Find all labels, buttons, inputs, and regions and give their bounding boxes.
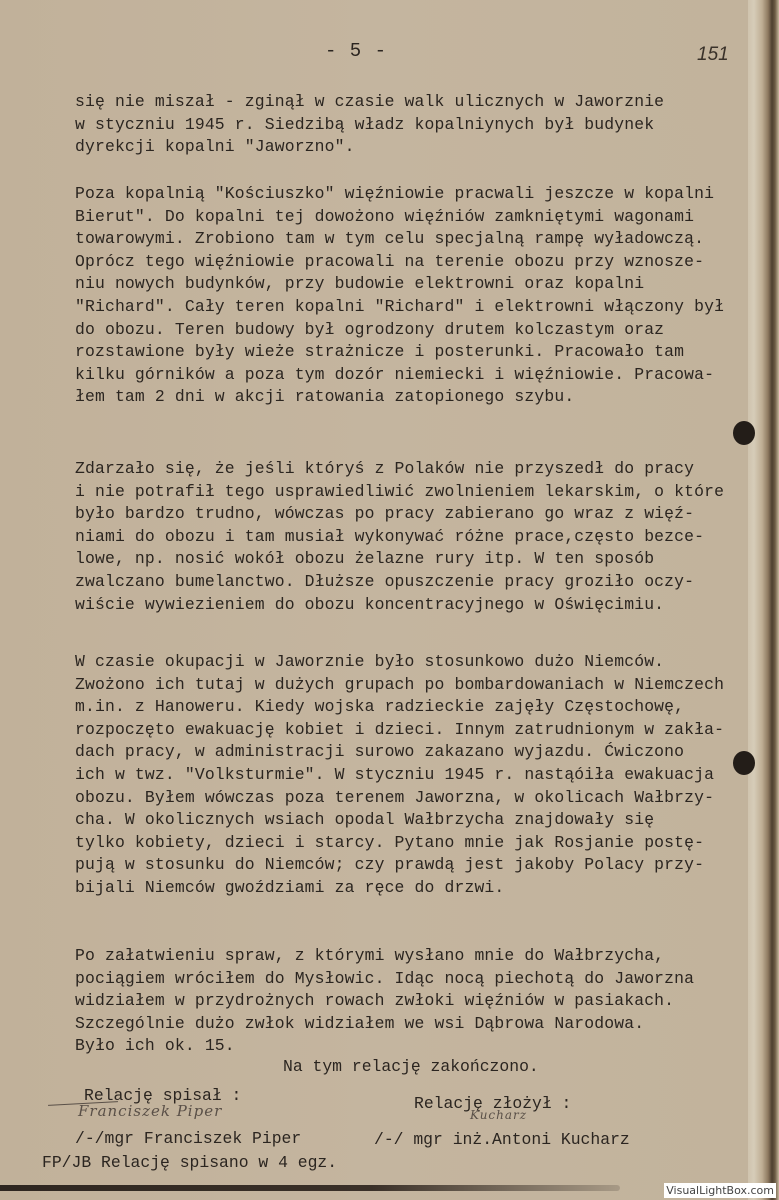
page-number: - 5 - [325,40,387,62]
text-line: widziałem w przydrożnych rowach zwłoki w… [75,990,694,1013]
text-line: Zdarzało się, że jeśli któryś z Polaków … [75,458,724,481]
text-line: Oprócz tego więźniowie pracowali na tere… [75,251,724,274]
text-line: m.in. z Hanoweru. Kiedy wojska radziecki… [75,696,724,719]
text-line: tylko kobiety, dzieci i starcy. Pytano m… [75,832,724,855]
paragraph-4: W czasie okupacji w Jaworznie było stosu… [75,651,724,900]
witness-signature: Kucharz [470,1108,527,1122]
text-line: bijali Niemców gwoździami za ręce do drz… [75,877,724,900]
text-line: Poza kopalnią "Kościuszko" więźniowie pr… [75,183,724,206]
text-line: rozpoczęto ewakuację kobiet i dzieci. In… [75,719,724,742]
text-line: towarowymi. Zrobiono tam w tym celu spec… [75,228,724,251]
text-line: cha. W okolicznych wsiach opodal Wałbrzy… [75,809,724,832]
text-line: pują w stosunku do Niemców; czy prawdą j… [75,854,724,877]
text-line: do obozu. Teren budowy był ogrodzony dru… [75,319,724,342]
footer-note: FP/JB Relację spisano w 4 egz. [42,1153,337,1172]
text-line: było bardzo trudno, wówczas po pracy zab… [75,503,724,526]
punch-hole-upper [733,421,755,445]
witness-name: /-/ mgr inż.Antoni Kucharz [374,1130,630,1149]
text-line: Zwożono ich tutaj w dużych grupach po bo… [75,674,724,697]
text-line: się nie miszał - zginął w czasie walk ul… [75,91,664,114]
text-line: Było ich ok. 15. [75,1035,694,1058]
punch-hole-lower [733,751,755,775]
paragraph-2: Poza kopalnią "Kościuszko" więźniowie pr… [75,183,724,409]
text-line: niu nowych budynków, przy budowie elektr… [75,273,724,296]
paragraph-5: Po załatwieniu spraw, z którymi wysłano … [75,945,694,1058]
recorder-name: /-/mgr Franciszek Piper [75,1129,301,1148]
text-line: dach pracy, w administracji surowo zakaz… [75,741,724,764]
text-line: pociągiem wróciłem do Mysłowic. Idąc noc… [75,968,694,991]
paragraph-1: się nie miszał - zginął w czasie walk ul… [75,91,664,159]
text-line: Po załatwieniu spraw, z którymi wysłano … [75,945,694,968]
text-line: rozstawione były wieże strażnicze i post… [75,341,724,364]
text-line: W czasie okupacji w Jaworznie było stosu… [75,651,724,674]
text-line: Szczególnie dużo zwłok widziałem we wsi … [75,1013,694,1036]
text-line: "Richard". Cały teren kopalni "Richard" … [75,296,724,319]
bottom-rule [0,1185,620,1191]
text-line: dyrekcji kopalni "Jaworzno". [75,136,664,159]
text-line: lowe, np. nosić wokół obozu żelazne rury… [75,548,724,571]
text-line: kilku górników a poza tym dozór niemieck… [75,364,724,387]
paragraph-3: Zdarzało się, że jeśli któryś z Polaków … [75,458,724,616]
folio-number: 151 [697,44,729,66]
text-line: ich w twz. "Volksturmie". W styczniu 194… [75,764,724,787]
text-line: wiście wywiezieniem do obozu koncentracy… [75,594,724,617]
text-line: Bierut". Do kopalni tej dowożono więźnió… [75,206,724,229]
watermark: VisualLightBox.com [664,1183,776,1198]
text-line: i nie potrafił tego usprawiedliwić zwoln… [75,481,724,504]
text-line: łem tam 2 dni w akcji ratowania zatopion… [75,386,724,409]
page-binding-edge [748,0,779,1200]
text-line: w styczniu 1945 r. Siedzibą władz kopaln… [75,114,664,137]
recorder-signature: Franciszek Piper [78,1102,222,1120]
text-line: zwalczano bumelanctwo. Dłuższe opuszczen… [75,571,724,594]
text-line: niami do obozu i tam musiał wykonywać ró… [75,526,724,549]
text-line: obozu. Byłem wówczas poza terenem Jaworz… [75,787,724,810]
closing-statement: Na tym relację zakończono. [283,1057,539,1076]
